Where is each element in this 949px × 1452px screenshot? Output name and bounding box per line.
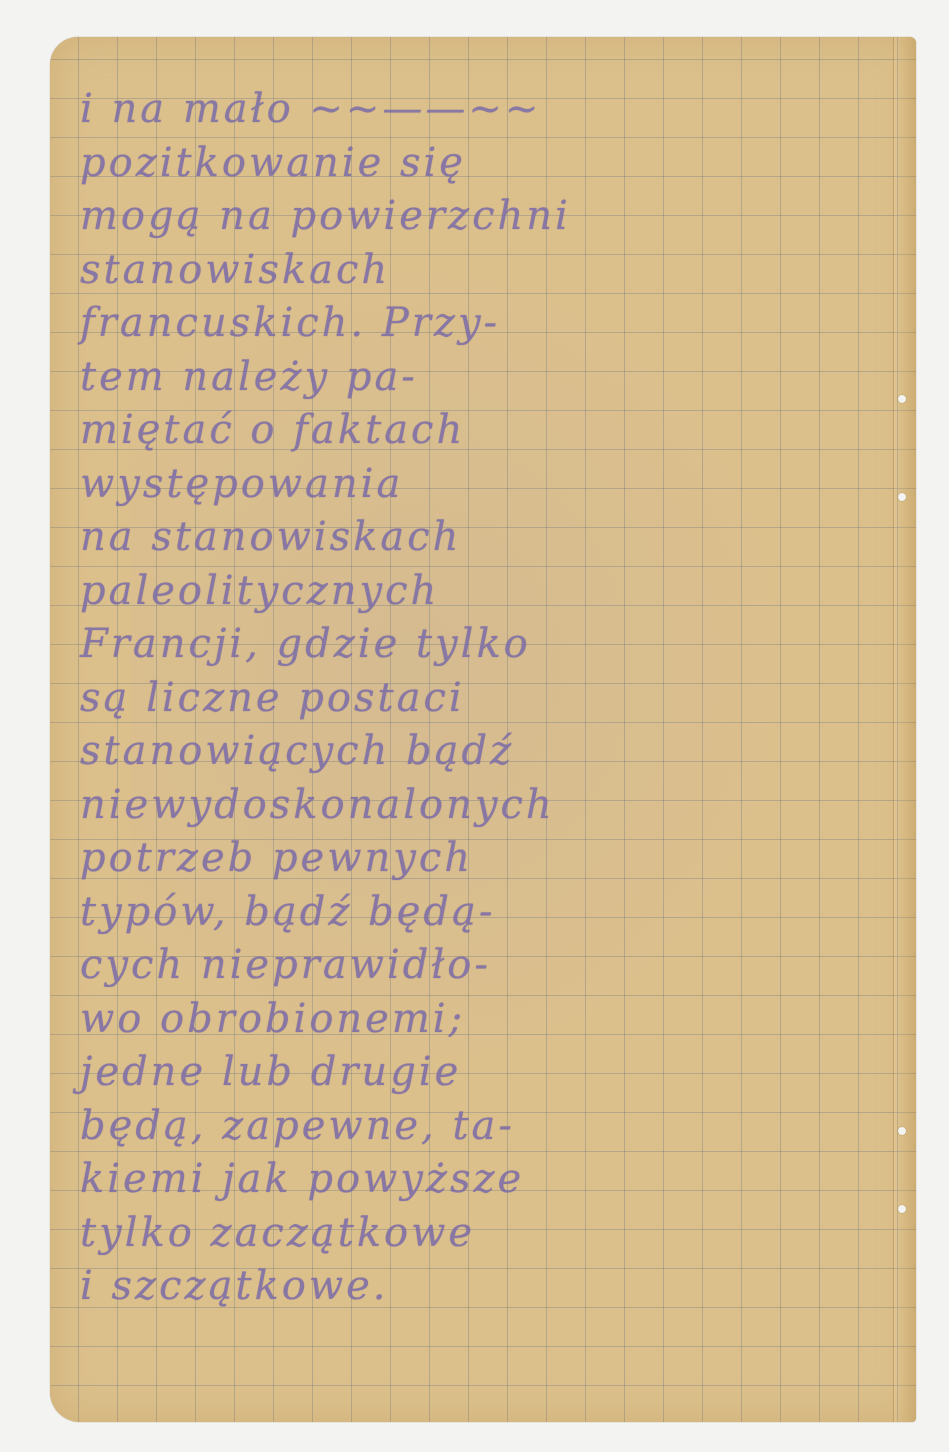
text-line-6: tem należy pa- — [80, 351, 880, 405]
handwritten-text: i na mało ~~——~~ pozitkowanie się mogą n… — [80, 83, 880, 1314]
text-line-12: są liczne postaci — [80, 672, 880, 726]
text-line-4: stanowiskach — [80, 244, 880, 298]
text-line-21: kiemi jak powyższe — [80, 1153, 880, 1207]
text-line-13: stanowiących bądź — [80, 725, 880, 779]
text-line-1: i na mało ~~——~~ — [80, 83, 880, 137]
text-line-2: pozitkowanie się — [80, 137, 880, 191]
page-fold-edge — [893, 37, 916, 1422]
text-line-18: wo obrobionemi; — [80, 993, 880, 1047]
text-line-17: cych nieprawidło- — [80, 939, 880, 993]
text-line-11: Francji, gdzie tylko — [80, 618, 880, 672]
text-line-8: występowania — [80, 458, 880, 512]
manuscript-page: i na mało ~~——~~ pozitkowanie się mogą n… — [50, 37, 916, 1422]
text-line-5: francuskich. Przy- — [80, 297, 880, 351]
text-line-22: tylko zaczątkowe — [80, 1207, 880, 1261]
text-line-3: mogą na powierzchni — [80, 190, 880, 244]
text-line-9: na stanowiskach — [80, 511, 880, 565]
binding-hole — [898, 1205, 906, 1213]
text-line-7: miętać o faktach — [80, 404, 880, 458]
text-line-23: i szczątkowe. — [80, 1260, 880, 1314]
text-line-15: potrzeb pewnych — [80, 832, 880, 886]
text-line-10: paleolitycznych — [80, 565, 880, 619]
text-line-16: typów, bądź będą- — [80, 886, 880, 940]
binding-hole — [898, 395, 906, 403]
text-line-14: niewydoskonalonych — [80, 779, 880, 833]
binding-hole — [898, 1127, 906, 1135]
text-line-19: jedne lub drugie — [80, 1046, 880, 1100]
binding-hole — [898, 493, 906, 501]
text-line-20: będą, zapewne, ta- — [80, 1100, 880, 1154]
